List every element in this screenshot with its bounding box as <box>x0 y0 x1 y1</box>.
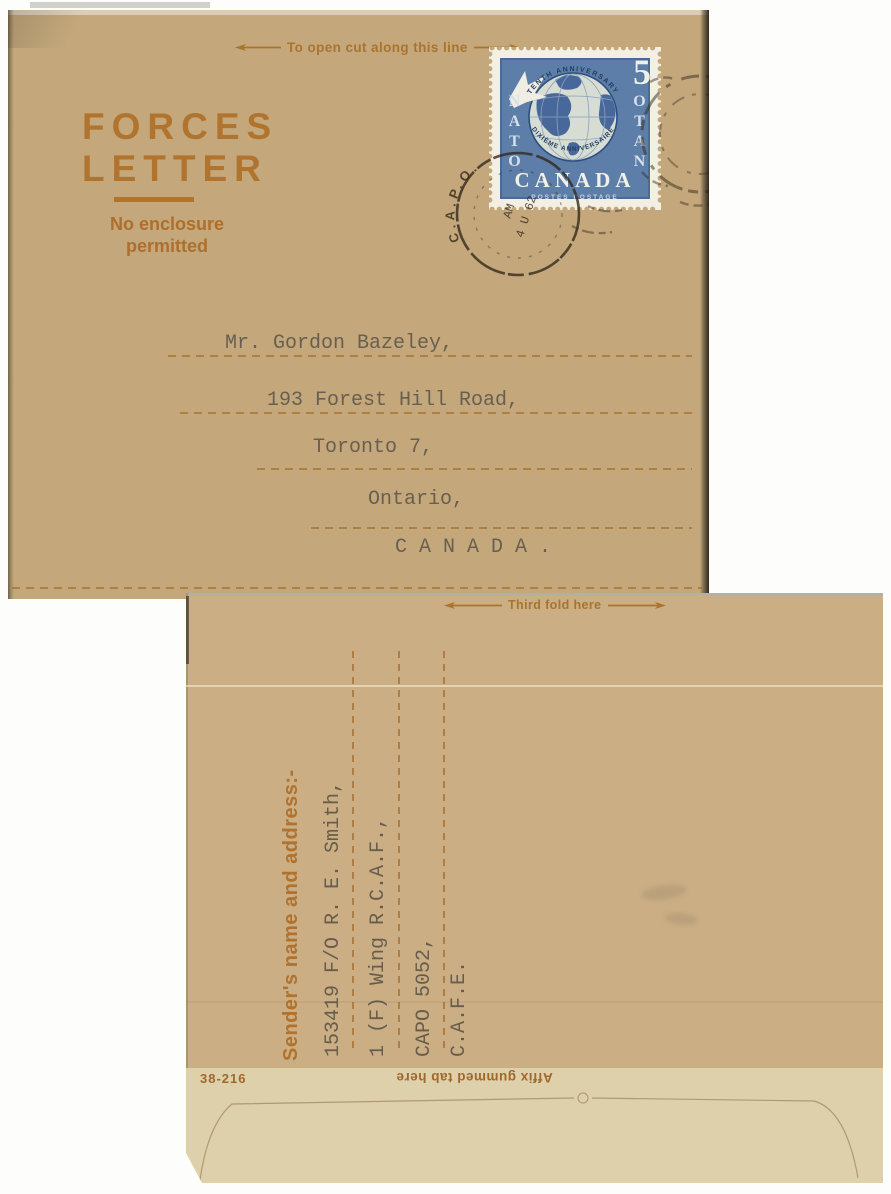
open-cut-line: To open cut along this line <box>235 40 520 55</box>
second-fold-line <box>12 587 702 589</box>
arrow-right-icon <box>608 601 666 610</box>
address-line-2: 193 Forest Hill Road, <box>267 389 519 412</box>
address-rule-2 <box>180 412 692 414</box>
address-line-5: C A N A D A . <box>395 536 551 559</box>
postal-smudge <box>640 882 688 903</box>
arrow-left-icon <box>235 43 281 52</box>
address-rule-3 <box>257 468 692 470</box>
back-left-edge-dark <box>186 596 189 664</box>
address-rule-4 <box>311 527 692 529</box>
back-top-edge <box>186 593 883 596</box>
fold-crease <box>186 685 883 687</box>
scanner-edge-artifact <box>30 2 210 8</box>
svg-text:C.A.P.O.: C.A.P.O. <box>442 158 482 245</box>
third-fold-line: Third fold here <box>444 598 666 612</box>
address-rule-1 <box>168 355 692 357</box>
heading-line-1: FORCES <box>82 106 260 148</box>
sender-rule-2 <box>398 651 400 1051</box>
address-line-3: Toronto 7, <box>313 436 433 459</box>
no-enclosure-note: No enclosure permitted <box>82 213 252 257</box>
heading-line-2: LETTER <box>82 148 260 190</box>
arrow-left-icon <box>444 601 502 610</box>
forces-letter-heading: FORCES LETTER No enclosure permitted <box>82 106 260 257</box>
forces-letter-back: Third fold here Sender's name and addres… <box>186 593 883 1183</box>
heading-rule <box>114 197 194 202</box>
gummed-tab-strip: 38-216 Affix gummed tab here <box>186 1068 883 1183</box>
sender-rule-3 <box>443 651 445 1051</box>
sender-line-2: 1 (F) Wing R.C.A.F., <box>367 817 390 1057</box>
front-left-edge <box>8 10 14 599</box>
cancel-smudges <box>568 196 648 244</box>
postmark-center-line2: 4 U 62 <box>513 194 540 239</box>
sender-line-1: 153419 F/O R. E. Smith, <box>322 781 345 1057</box>
sender-rule-1 <box>352 651 354 1051</box>
postmark-ring-text: C.A.P.O. <box>442 158 482 245</box>
address-line-4: Ontario, <box>368 488 464 511</box>
flap-outline <box>186 1068 883 1183</box>
third-fold-label: Third fold here <box>508 598 602 612</box>
address-line-1: Mr. Gordon Bazeley, <box>225 332 453 355</box>
postmark-center-line1: AM <box>501 202 519 220</box>
postal-smudge <box>663 911 698 926</box>
scanned-forces-letter: To open cut along this line FORCES LETTE… <box>0 0 891 1194</box>
open-cut-label: To open cut along this line <box>287 40 468 55</box>
scan-corner-cut <box>186 1153 202 1183</box>
front-fold-shadow <box>8 10 118 48</box>
forces-letter-front: To open cut along this line FORCES LETTE… <box>8 10 709 599</box>
front-right-edge <box>700 10 709 599</box>
sender-line-4: C.A.F.E. <box>448 961 471 1057</box>
sender-line-3: CAPO 5052, <box>413 937 436 1057</box>
sender-label: Sender's name and address:- <box>280 769 303 1061</box>
